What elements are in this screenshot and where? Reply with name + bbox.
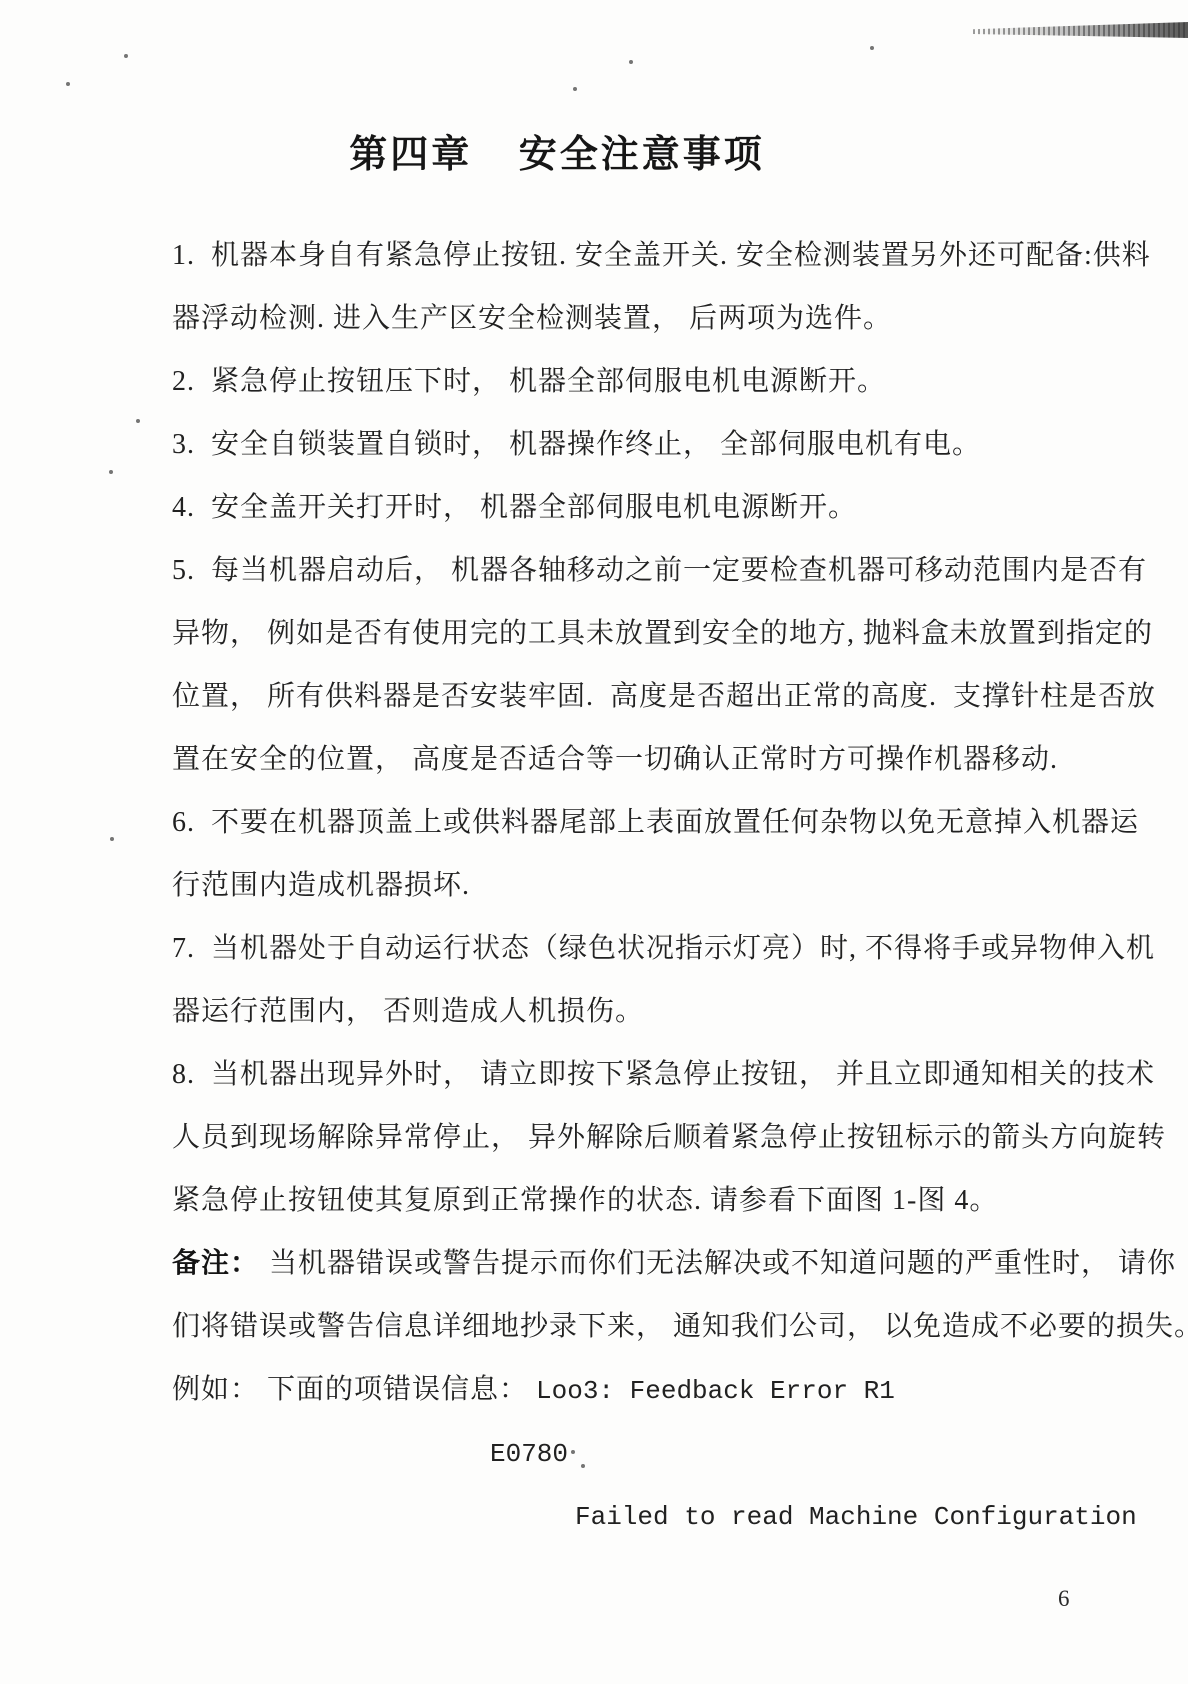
item-1-line-2: 器浮动检测. 进入生产区安全检测装置， 后两项为选件。 [172, 287, 1152, 350]
note-label: 备注： [172, 1248, 259, 1279]
scan-speck [124, 54, 128, 58]
item-7-line-1: 7. 当机器处于自动运行状态（绿色状况指示灯亮）时, 不得将手或异物伸入机 [172, 917, 1152, 980]
error-message-line: Failed to read Machine Configuration [172, 1484, 1152, 1547]
item-6-line-2: 行范围内造成机器损坏. [172, 854, 1152, 917]
scanned-document-page: 第四章 安全注意事项 1. 机器本身自有紧急停止按钮. 安全盖开关. 安全检测装… [0, 0, 1188, 1684]
scan-speck [110, 837, 114, 841]
scan-artifact-streak [973, 22, 1188, 38]
note-text: 当机器错误或警告提示而你们无法解决或不知道问题的严重性时， 请你 [269, 1248, 1176, 1279]
chapter-heading: 安全注意事项 [519, 134, 765, 176]
item-5-line-3: 位置， 所有供料器是否安装牢固. 高度是否超出正常的高度. 支撑针柱是否放 [172, 665, 1152, 728]
error-message: Failed to read Machine Configuration [575, 1502, 1137, 1532]
item-5-line-4: 置在安全的位置， 高度是否适合等一切确认正常时方可操作机器移动. [172, 728, 1152, 791]
note-line-1: 备注：当机器错误或警告提示而你们无法解决或不知道问题的严重性时， 请你 [172, 1232, 1152, 1295]
example-error-ref: Loo3: Feedback Error R1 [536, 1376, 895, 1406]
example-line: 例如： 下面的项错误信息： Loo3: Feedback Error R1 [172, 1358, 1152, 1421]
item-5-line-2: 异物， 例如是否有使用完的工具未放置到安全的地方, 抛料盒未放置到指定的 [172, 602, 1152, 665]
item-4-line-1: 4. 安全盖开关打开时， 机器全部伺服电机电源断开。 [172, 476, 1152, 539]
item-1-line-1: 1. 机器本身自有紧急停止按钮. 安全盖开关. 安全检测装置另外还可配备:供料 [172, 224, 1152, 287]
example-intro: 例如： 下面的项错误信息： [172, 1374, 536, 1405]
scan-speck [629, 60, 633, 64]
page-number: 6 [1058, 1586, 1070, 1612]
scan-speck [109, 470, 113, 474]
chapter-title: 第四章 安全注意事项 [0, 123, 1114, 178]
item-7-line-2: 器运行范围内， 否则造成人机损伤。 [172, 980, 1152, 1043]
error-code-line: E0780 [172, 1421, 1152, 1484]
item-2-line-1: 2. 紧急停止按钮压下时， 机器全部伺服电机电源断开。 [172, 350, 1152, 413]
error-code: E0780 [490, 1439, 568, 1469]
chapter-number: 第四章 [349, 134, 472, 176]
scan-speck [573, 87, 577, 91]
item-8-line-1: 8. 当机器出现异外时， 请立即按下紧急停止按钮， 并且立即通知相关的技术 [172, 1043, 1152, 1106]
item-8-line-2: 人员到现场解除异常停止， 异外解除后顺着紧急停止按钮标示的箭头方向旋转 [172, 1106, 1152, 1169]
item-3-line-1: 3. 安全自锁装置自锁时， 机器操作终止， 全部伺服电机有电。 [172, 413, 1152, 476]
item-8-line-3: 紧急停止按钮使其复原到正常操作的状态. 请参看下面图 1-图 4。 [172, 1169, 1152, 1232]
scan-speck [66, 82, 70, 86]
item-6-line-1: 6. 不要在机器顶盖上或供料器尾部上表面放置任何杂物以免无意掉入机器运 [172, 791, 1152, 854]
scan-speck [136, 419, 140, 423]
item-5-line-1: 5. 每当机器启动后， 机器各轴移动之前一定要检查机器可移动范围内是否有 [172, 539, 1152, 602]
note-line-2: 们将错误或警告信息详细地抄录下来， 通知我们公司， 以免造成不必要的损失。 [172, 1295, 1152, 1358]
scan-speck [870, 46, 874, 50]
document-body: 1. 机器本身自有紧急停止按钮. 安全盖开关. 安全检测装置另外还可配备:供料 … [172, 224, 1152, 1547]
